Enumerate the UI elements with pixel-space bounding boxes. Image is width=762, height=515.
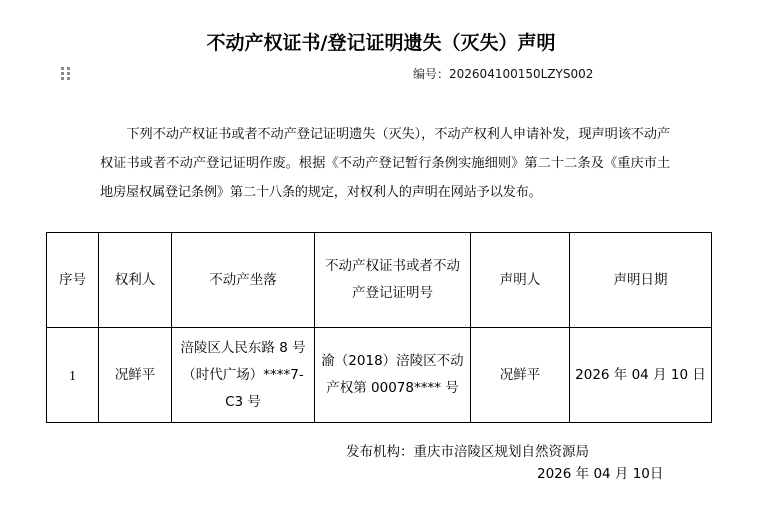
- drag-dot: [67, 72, 70, 75]
- drag-dot: [61, 77, 64, 80]
- drag-handle-icon[interactable]: [61, 67, 70, 81]
- serial-label: 编号：: [413, 67, 449, 81]
- cell-certificate-number: 渝（2018）涪陵区不动产权第 00078**** 号: [315, 328, 471, 423]
- drag-dot: [61, 67, 64, 70]
- declaration-table: 序号 权利人 不动产坐落 不动产权证书或者不动产登记证明号 声明人 声明日期 1…: [46, 232, 712, 423]
- page-title: 不动产权证书/登记证明遗失（灭失）声明: [0, 30, 762, 56]
- drag-dot: [67, 77, 70, 80]
- drag-dot: [67, 67, 70, 70]
- intro-paragraph: 下列不动产权证书或者不动产登记证明遗失（灭失），不动产权利人申请补发，现声明该不…: [100, 120, 670, 207]
- serial-number: 编号：202604100150LZYS002: [413, 66, 593, 82]
- header-declaration-date: 声明日期: [570, 233, 712, 328]
- header-declarant: 声明人: [471, 233, 570, 328]
- header-location: 不动产坐落: [172, 233, 315, 328]
- cell-right-holder: 况鲜平: [99, 328, 172, 423]
- cell-declaration-date: 2026 年 04 月 10 日: [570, 328, 712, 423]
- cell-index: 1: [47, 328, 99, 423]
- publish-date: 2026 年 04 月 10日: [537, 464, 663, 484]
- cell-location: 涪陵区人民东路 8 号（时代广场）****7-C3 号: [172, 328, 315, 423]
- header-certificate-number: 不动产权证书或者不动产登记证明号: [315, 233, 471, 328]
- table-row: 1 况鲜平 涪陵区人民东路 8 号（时代广场）****7-C3 号 渝（2018…: [47, 328, 712, 423]
- serial-value: 202604100150LZYS002: [449, 67, 593, 81]
- cell-declarant: 况鲜平: [471, 328, 570, 423]
- table-header-row: 序号 权利人 不动产坐落 不动产权证书或者不动产登记证明号 声明人 声明日期: [47, 233, 712, 328]
- header-index: 序号: [47, 233, 99, 328]
- publisher: 发布机构：重庆市涪陵区规划自然资源局: [346, 442, 589, 462]
- drag-dot: [61, 72, 64, 75]
- header-right-holder: 权利人: [99, 233, 172, 328]
